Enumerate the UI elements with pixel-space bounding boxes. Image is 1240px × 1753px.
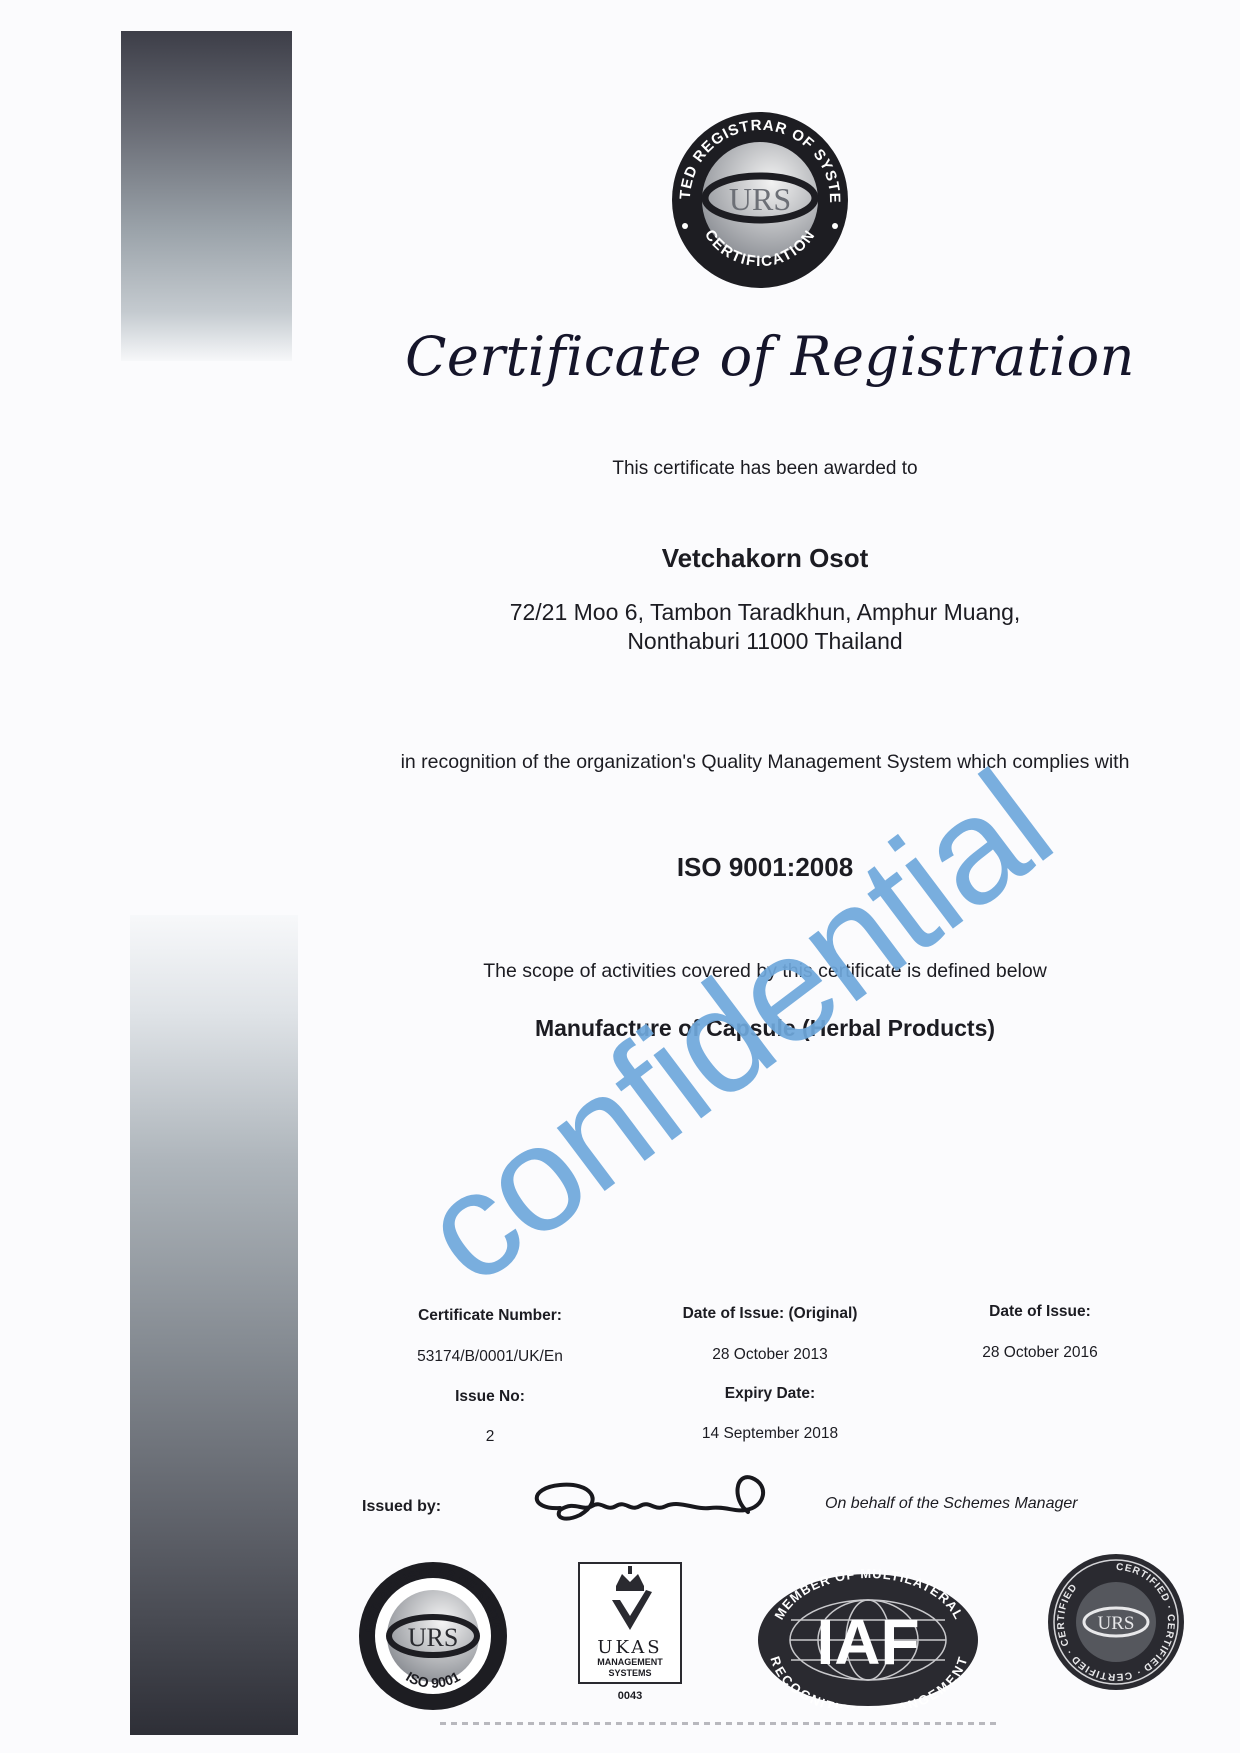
iso-standard: ISO 9001:2008 [340, 852, 1190, 883]
signature [520, 1470, 780, 1540]
issue-no: 2 [370, 1428, 610, 1446]
certificate-title: Certificate of Registration [400, 325, 1140, 388]
certificate-number: 53174/B/0001/UK/En [370, 1348, 610, 1366]
svg-text:URS: URS [1098, 1613, 1135, 1634]
ukas-line1: MANAGEMENT [580, 1657, 680, 1668]
issued-by-label: Issued by: [362, 1498, 441, 1516]
urs-iso9001-logo: UNITED REGISTRAR OF SYSTEMS ISO 9001 URS [357, 1560, 509, 1712]
ukas-line2: SYSTEMS [580, 1668, 680, 1679]
organization-name: Vetchakorn Osot [340, 543, 1190, 574]
ukas-number: 0043 [578, 1690, 682, 1702]
address-line-2: Nonthaburi 11000 Thailand [340, 627, 1190, 656]
iaf-mla-logo: MEMBER OF MULTILATERAL RECOGNITION ARRAN… [755, 1568, 980, 1708]
ukas-logo: UKAS MANAGEMENT SYSTEMS [578, 1562, 682, 1684]
issue-date-label: Date of Issue: [920, 1303, 1160, 1321]
organization-address: 72/21 Moo 6, Tambon Taradkhun, Amphur Mu… [340, 598, 1190, 656]
decorative-gradient-bar-top [121, 31, 292, 361]
original-issue-date-label: Date of Issue: (Original) [650, 1305, 890, 1323]
decorative-gradient-bar-bottom [130, 915, 298, 1735]
scope-intro: The scope of activities covered by this … [340, 960, 1190, 983]
svg-text:URS: URS [408, 1623, 459, 1652]
address-line-1: 72/21 Moo 6, Tambon Taradkhun, Amphur Mu… [340, 598, 1190, 627]
original-issue-date: 28 October 2013 [650, 1346, 890, 1364]
expiry-date-label: Expiry Date: [650, 1385, 890, 1403]
crown-check-icon [580, 1564, 680, 1634]
footer-fine-print [440, 1722, 1000, 1725]
urs-certified-seal: CERTIFIED · CERTIFIED · CERTIFIED · CERT… [1046, 1552, 1186, 1692]
certificate-number-label: Certificate Number: [370, 1307, 610, 1325]
svg-text:IAF: IAF [816, 1606, 919, 1678]
svg-text:URS: URS [729, 181, 791, 217]
expiry-date: 14 September 2018 [650, 1425, 890, 1443]
ukas-name: UKAS [580, 1639, 680, 1657]
on-behalf-text: On behalf of the Schemes Manager [825, 1495, 1078, 1513]
urs-certification-logo: UNITED REGISTRAR OF SYSTEMS CERTIFICATIO… [665, 108, 855, 288]
issue-date: 28 October 2016 [920, 1344, 1160, 1362]
scope-of-activities: Manufacture of Capsule (Herbal Products) [340, 1015, 1190, 1042]
awarded-intro: This certificate has been awarded to [340, 458, 1190, 480]
recognition-text: in recognition of the organization's Qua… [370, 751, 1160, 774]
issue-no-label: Issue No: [370, 1388, 610, 1406]
